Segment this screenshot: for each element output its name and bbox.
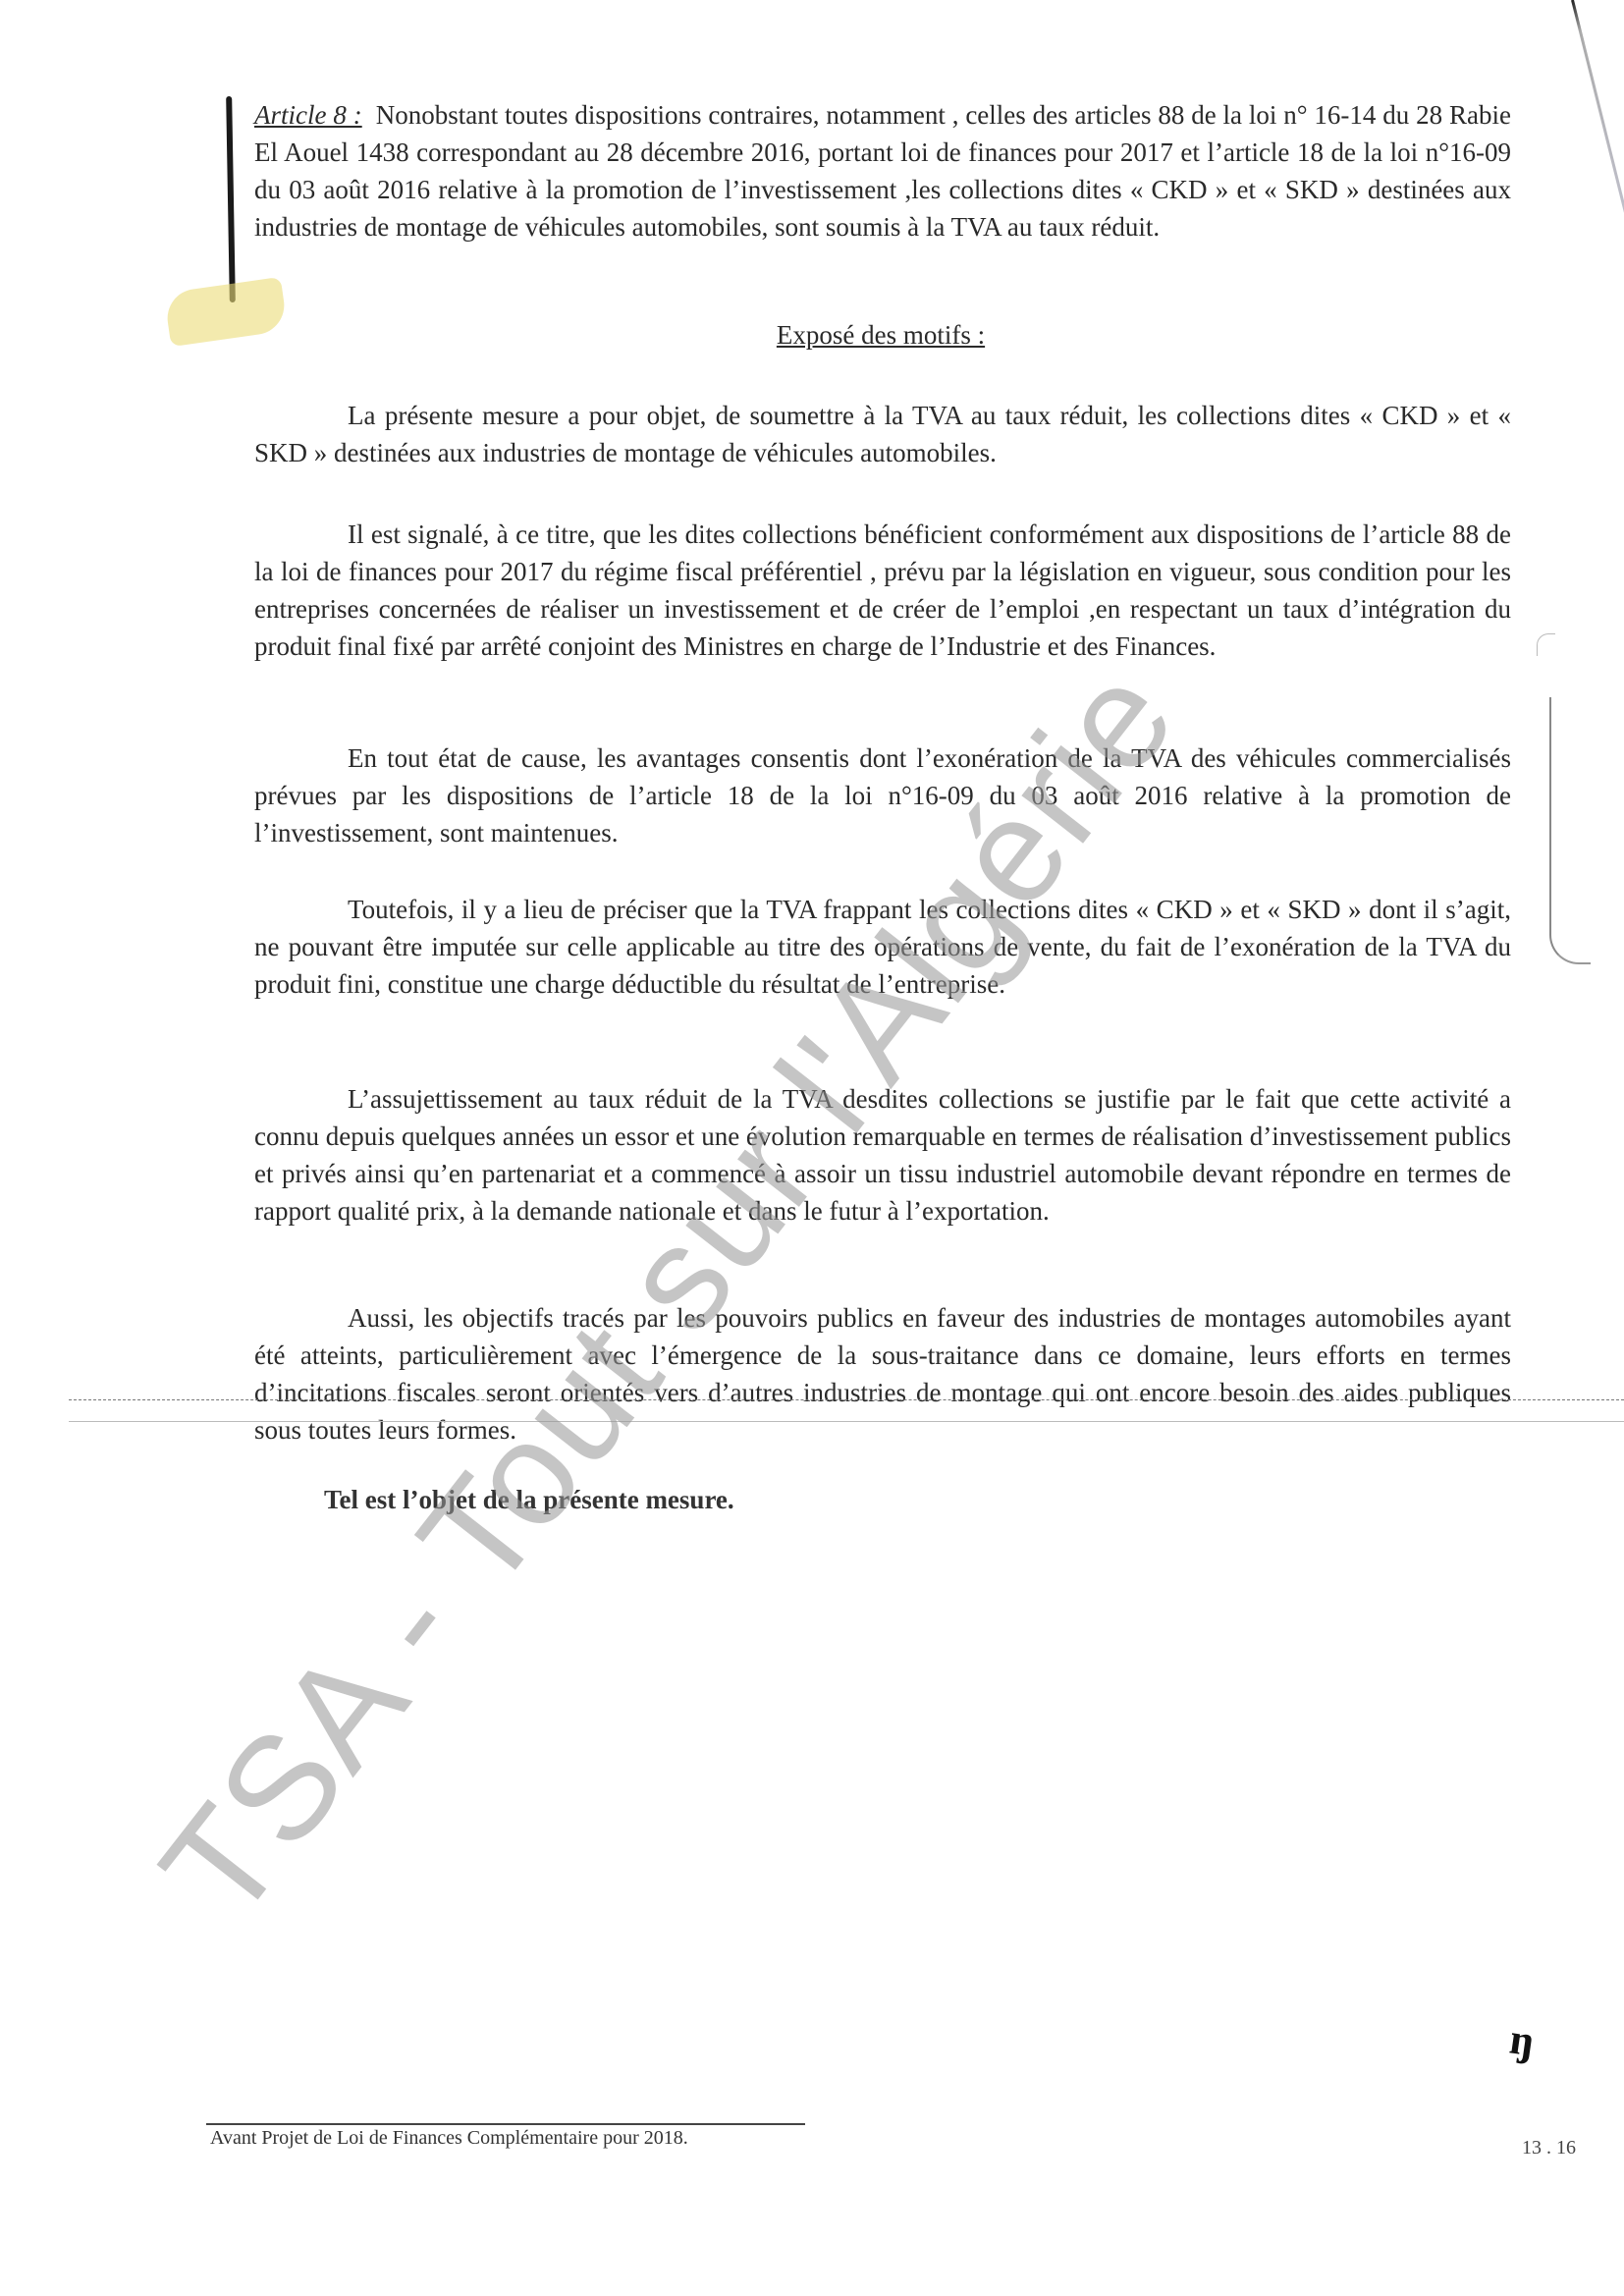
paragraph: La présente mesure a pour objet, de soum…: [254, 397, 1511, 471]
paragraph-text: Aussi, les objectifs tracés par les pouv…: [254, 1299, 1511, 1449]
strike-through-line: [69, 1399, 1624, 1400]
footer-rule: [206, 2123, 805, 2125]
closing-statement: Tel est l’objet de la présente mesure.: [324, 1485, 734, 1515]
handwritten-mark: ŋ: [1507, 2014, 1538, 2067]
handwritten-margin-bar: [226, 96, 236, 302]
article-label: Article 8 :: [254, 100, 362, 130]
paragraph: En tout état de cause, les avantages con…: [254, 739, 1511, 851]
section-heading-text: Exposé des motifs :: [777, 320, 985, 350]
paragraph: Toutefois, il y a lieu de préciser que l…: [254, 891, 1511, 1003]
paragraph-text: L’assujettissement au taux réduit de la …: [254, 1080, 1511, 1230]
document-page: Article 8 :Nonobstant toutes disposition…: [0, 0, 1624, 2296]
paragraph-text: Il est signalé, à ce titre, que les dite…: [254, 516, 1511, 665]
handwritten-bracket: [1549, 697, 1591, 964]
page-number: 13 . 16: [1522, 2137, 1576, 2159]
handwritten-bracket-top: [1537, 633, 1555, 656]
paragraph: Aussi, les objectifs tracés par les pouv…: [254, 1299, 1511, 1449]
article-text: Nonobstant toutes dispositions contraire…: [254, 100, 1511, 242]
scan-rule-line: [69, 1421, 1624, 1422]
footer-text: Avant Projet de Loi de Finances Compléme…: [210, 2127, 688, 2150]
section-heading: Exposé des motifs :: [0, 320, 1624, 351]
paragraph-text: La présente mesure a pour objet, de soum…: [254, 397, 1511, 471]
scan-fold-line: [1571, 0, 1624, 315]
paragraph: Il est signalé, à ce titre, que les dite…: [254, 516, 1511, 665]
paragraph-text: Toutefois, il y a lieu de préciser que l…: [254, 891, 1511, 1003]
paragraph: L’assujettissement au taux réduit de la …: [254, 1080, 1511, 1230]
article-8: Article 8 :Nonobstant toutes disposition…: [254, 96, 1511, 246]
paragraph-text: En tout état de cause, les avantages con…: [254, 739, 1511, 851]
